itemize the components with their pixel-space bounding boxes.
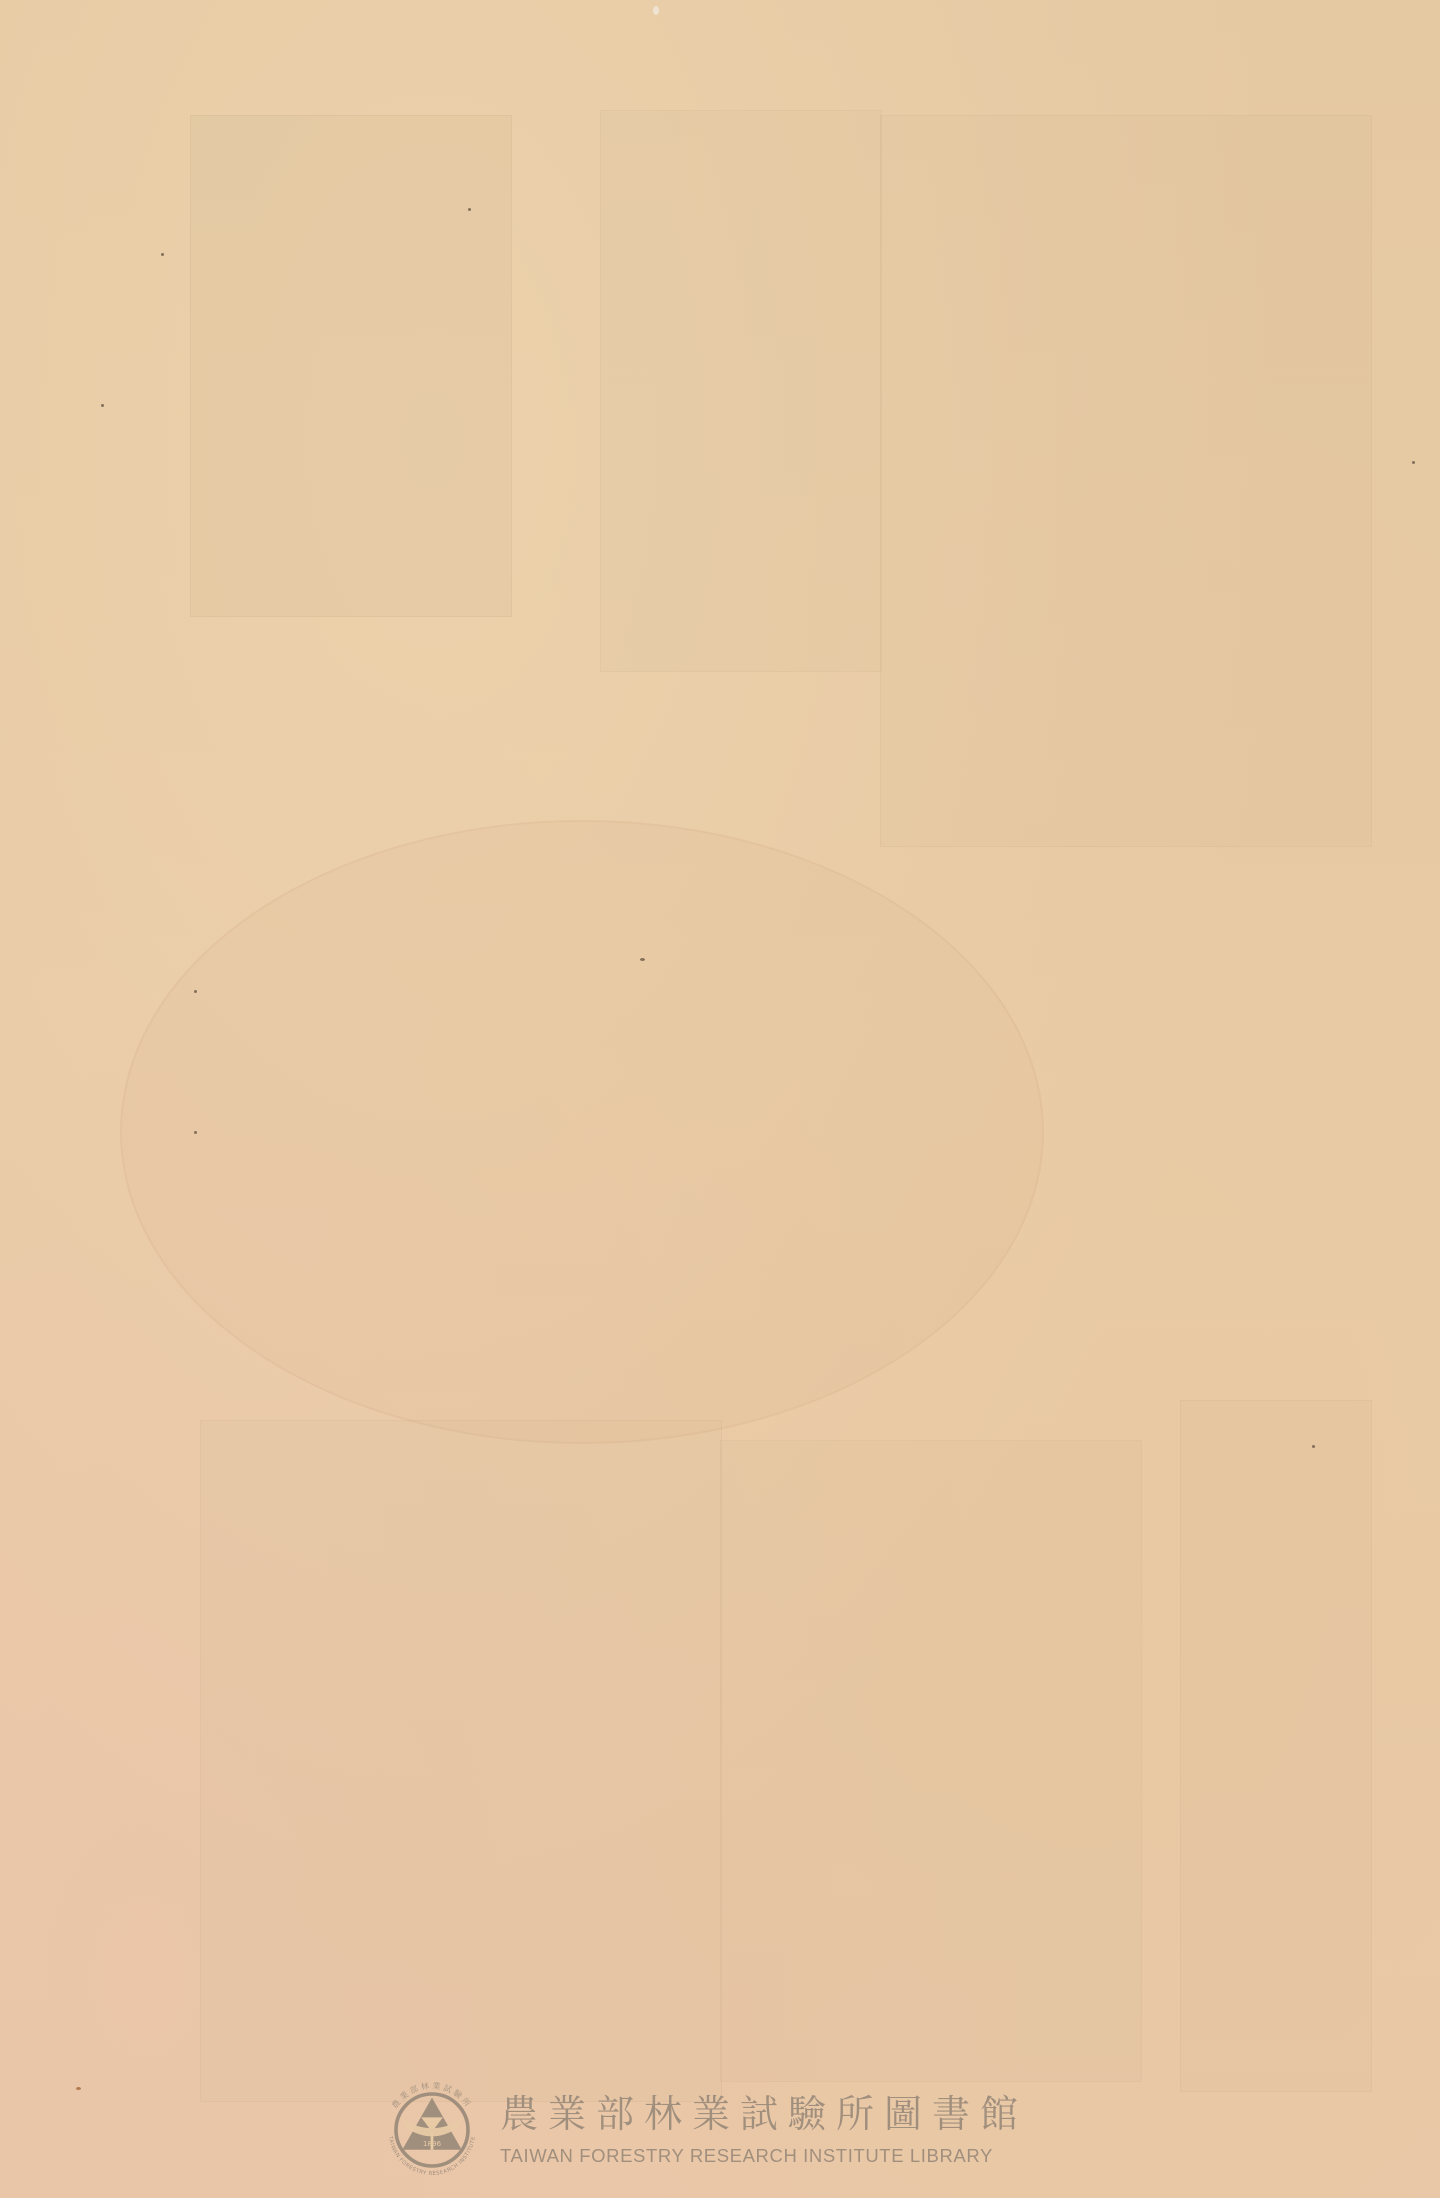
library-name-chinese: 農業部林業試驗所圖書館: [500, 2091, 1028, 2137]
bleed-through-rect-top-right: [880, 115, 1372, 847]
bleed-through-rect-top-center: [600, 110, 882, 672]
paper-speck: [161, 253, 164, 256]
paper-hole: [653, 6, 659, 15]
paper-speck: [1312, 1445, 1315, 1448]
library-watermark: 1896 農業部林業試驗所 TAIWAN FORESTRY RESEARCH I…: [378, 2076, 1028, 2184]
institute-seal-icon: 1896 農業部林業試驗所 TAIWAN FORESTRY RESEARCH I…: [378, 2076, 486, 2184]
paper-speck: [101, 404, 104, 407]
paper-speck: [468, 208, 471, 211]
bleed-through-rect-bottom-left: [200, 1420, 722, 2102]
svg-text:1896: 1896: [423, 2139, 442, 2148]
paper-speck: [1412, 461, 1415, 464]
bleed-through-circle: [120, 820, 1044, 1444]
paper-speck: [640, 958, 645, 961]
paper-speck: [194, 990, 197, 993]
bleed-through-rect-bottom-right: [1180, 1400, 1372, 2092]
bleed-through-rect-top-left: [190, 115, 512, 617]
bleed-through-rect-bottom-center: [720, 1440, 1142, 2082]
paper-speck: [194, 1131, 197, 1134]
paper-speck: [76, 2087, 81, 2090]
library-name-english: TAIWAN FORESTRY RESEARCH INSTITUTE LIBRA…: [500, 2143, 1028, 2169]
